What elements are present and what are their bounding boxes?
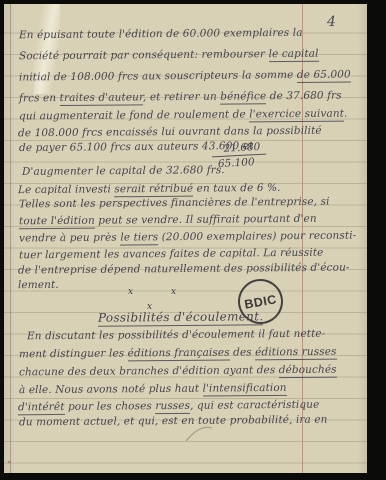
manuscript-line: d'intérêt pour les choses russes, qui es… (18, 399, 319, 414)
manuscript-line: à elle. Nous avons noté plus haut l'inte… (19, 382, 287, 396)
manuscript-page: 4 21.680 65.100 BDIC En épuisant toute l… (4, 4, 367, 473)
manuscript-line: initial de 108.000 frcs aux souscripteur… (19, 69, 351, 84)
manuscript-line: de 108.000 frcs encaissés lui ouvrant da… (18, 125, 322, 140)
manuscript-line: D'augmenter le capital de 32.680 frs. (22, 164, 225, 178)
manuscript-line: En discutant les possibilités d'écouleme… (27, 328, 325, 343)
manuscript-line: toute l'édition peut se vendre. Il suffi… (19, 213, 317, 228)
separator-mark: x (171, 286, 176, 298)
manuscript-line: frcs en traites d'auteur, et retirer un … (19, 90, 342, 105)
manuscript-line: lement. (18, 279, 59, 291)
separator-mark: x (128, 286, 133, 298)
manuscript-line: tuer largement les avances faites de cap… (19, 247, 324, 262)
manuscript-line: de payer 65.100 frcs aux auteurs 43.600 … (19, 140, 253, 154)
manuscript-line: de l'entreprise dépend naturellement des… (18, 262, 350, 277)
manuscript-line: chacune des deux branches d'édition ayan… (19, 364, 337, 379)
manuscript-line: Le capital investi serait rétribué en ta… (18, 182, 281, 196)
manuscript-line: vendre à peu près le tiers (20.000 exemp… (19, 230, 356, 245)
scanned-document: 4 21.680 65.100 BDIC En épuisant toute l… (0, 0, 386, 480)
section-heading: Possibilités d'écoulement. (98, 310, 264, 323)
manuscript-line: qui augmenterait le fond de roulement de… (19, 108, 348, 123)
manuscript-line: Société pourrait par conséquent: rembour… (19, 48, 319, 63)
page-edge-line (10, 4, 11, 473)
manuscript-line: du moment actuel, et qui, est en toute p… (19, 414, 328, 429)
manuscript-line: En épuisant toute l'édition de 60.000 ex… (19, 27, 303, 41)
manuscript-line: Telles sont les perspectives financières… (19, 196, 330, 211)
manuscript-line: ment distinguer les éditions françaises … (19, 346, 337, 361)
page-number: 4 (327, 14, 336, 30)
